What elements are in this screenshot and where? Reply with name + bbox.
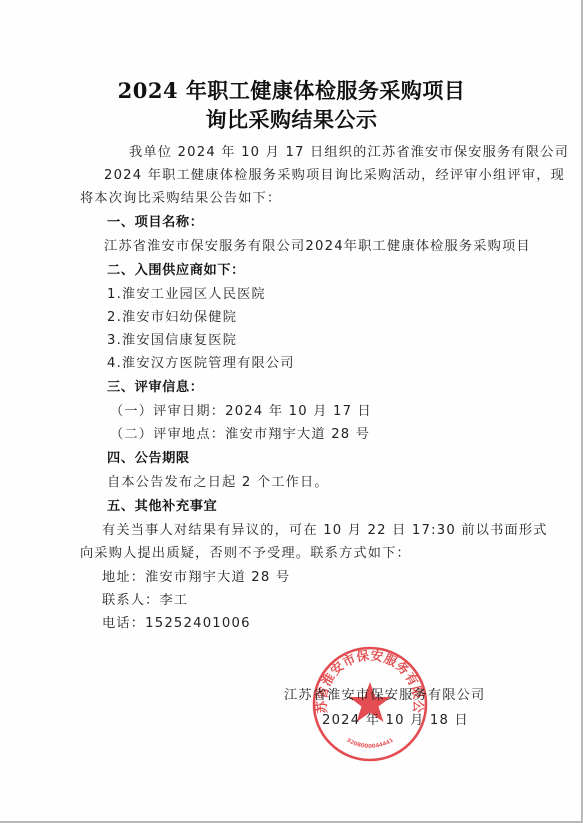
supplier-item-1: 1.淮安工业园区人民医院: [107, 283, 266, 302]
section5-heading: 五、其他补充事宜: [107, 495, 217, 514]
contact-address: 地址：淮安市翔宇大道 28 号: [102, 566, 290, 585]
project-name: 江苏省淮安市保安服务有限公司2024年职工健康体检服务采购项目: [104, 235, 531, 254]
section4-heading: 四、公告期限: [107, 447, 190, 466]
signature-date: 2024 年 10 月 18 日: [322, 709, 469, 728]
official-seal-icon: 江苏省淮安市保安服务有限公司 3208000044441: [311, 645, 429, 763]
objection-line-1: 有关当事人对结果有异议的，可在 10 月 22 日 17:30 前以书面形式: [102, 519, 548, 538]
objection-line-2: 向采购人提出质疑，否则不予受理。联系方式如下：: [80, 542, 411, 561]
section2-heading: 二、入围供应商如下：: [107, 259, 245, 278]
svg-text:3208000044441: 3208000044441: [345, 737, 395, 749]
review-location: （二）评审地点：淮安市翔宇大道 28 号: [110, 423, 370, 442]
section3-heading: 三、评审信息：: [107, 376, 204, 395]
svg-text:江苏省淮安市保安服务有限公司: 江苏省淮安市保安服务有限公司: [311, 645, 426, 714]
contact-person: 联系人：李工: [102, 589, 188, 608]
document-title-line1: 2024 年职工健康体检服务采购项目: [0, 75, 583, 105]
intro-line-1: 我单位 2024 年 10 月 17 日组织的江苏省淮安市保安服务有限公司: [129, 141, 569, 160]
announcement-period: 自本公告发布之日起 2 个工作日。: [107, 471, 329, 490]
document-title-line2: 询比采购结果公示: [0, 104, 583, 134]
contact-phone: 电话：15252401006: [102, 612, 251, 631]
section1-heading: 一、项目名称：: [107, 211, 204, 230]
intro-line-2: 2024 年职工健康体检服务采购项目询比采购活动，经评审小组评审，现: [104, 164, 565, 183]
signature-organization: 江苏省淮安市保安服务有限公司: [284, 684, 485, 703]
supplier-item-3: 3.淮安国信康复医院: [107, 329, 237, 348]
document-page: 2024 年职工健康体检服务采购项目 询比采购结果公示 我单位 2024 年 1…: [0, 0, 583, 823]
supplier-item-2: 2.淮安市妇幼保健院: [107, 306, 237, 325]
intro-line-3: 将本次询比采购结果公告如下：: [80, 187, 281, 206]
supplier-item-4: 4.淮安汉方医院管理有限公司: [107, 352, 295, 371]
review-date: （一）评审日期：2024 年 10 月 17 日: [110, 400, 372, 419]
